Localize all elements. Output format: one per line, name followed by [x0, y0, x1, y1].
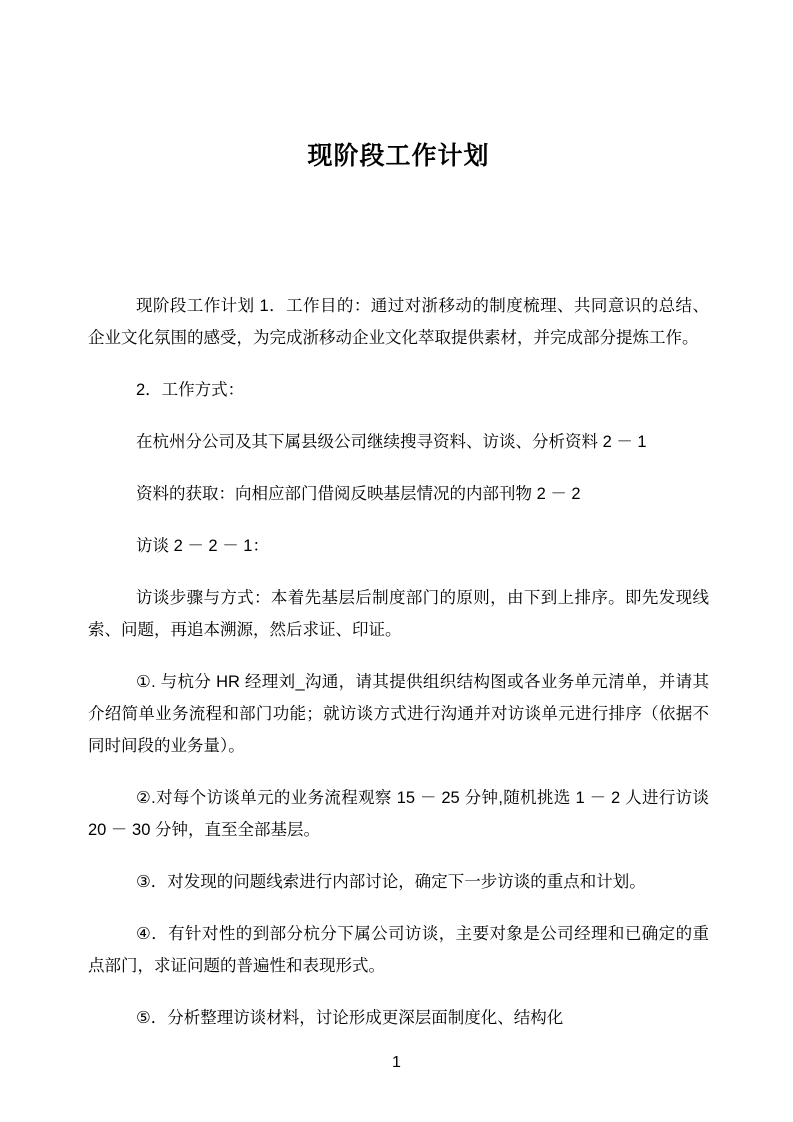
paragraph-interview-heading: 访谈 2 － 2 － 1： [88, 530, 709, 562]
document-body: 现阶段工作计划 1．工作目的：通过对浙移动的制度梳理、共同意识的总结、企业文化氛… [88, 290, 709, 1034]
document-title: 现阶段工作计划 [88, 0, 709, 174]
paragraph-step-4: ④．有针对性的到部分杭分下属公司访谈，主要对象是公司经理和已确定的重点部门，求证… [88, 918, 709, 982]
paragraph-search-materials: 在杭州分公司及其下属县级公司继续搜寻资料、访谈、分析资料 2 － 1 [88, 426, 709, 458]
paragraph-step-2: ②.对每个访谈单元的业务流程观察 15 － 25 分钟,随机挑选 1 － 2 人… [88, 782, 709, 846]
paragraph-material-acquisition: 资料的获取：向相应部门借阅反映基层情况的内部刊物 2 － 2 [88, 478, 709, 510]
paragraph-step-3: ③．对发现的问题线索进行内部讨论，确定下一步访谈的重点和计划。 [88, 866, 709, 898]
paragraph-work-method-heading: 2．工作方式： [88, 374, 709, 406]
paragraph-work-plan-intro: 现阶段工作计划 1．工作目的：通过对浙移动的制度梳理、共同意识的总结、企业文化氛… [88, 290, 709, 354]
paragraph-step-5: ⑤．分析整理访谈材料，讨论形成更深层面制度化、结构化 [88, 1002, 709, 1034]
paragraph-step-1: ①. 与杭分 HR 经理刘_沟通，请其提供组织结构图或各业务单元清单，并请其介绍… [88, 666, 709, 762]
page-number: 1 [0, 1054, 793, 1072]
document-page: 现阶段工作计划 现阶段工作计划 1．工作目的：通过对浙移动的制度梳理、共同意识的… [0, 0, 793, 1122]
paragraph-interview-steps: 访谈步骤与方式：本着先基层后制度部门的原则，由下到上排序。即先发现线索、问题，再… [88, 582, 709, 646]
